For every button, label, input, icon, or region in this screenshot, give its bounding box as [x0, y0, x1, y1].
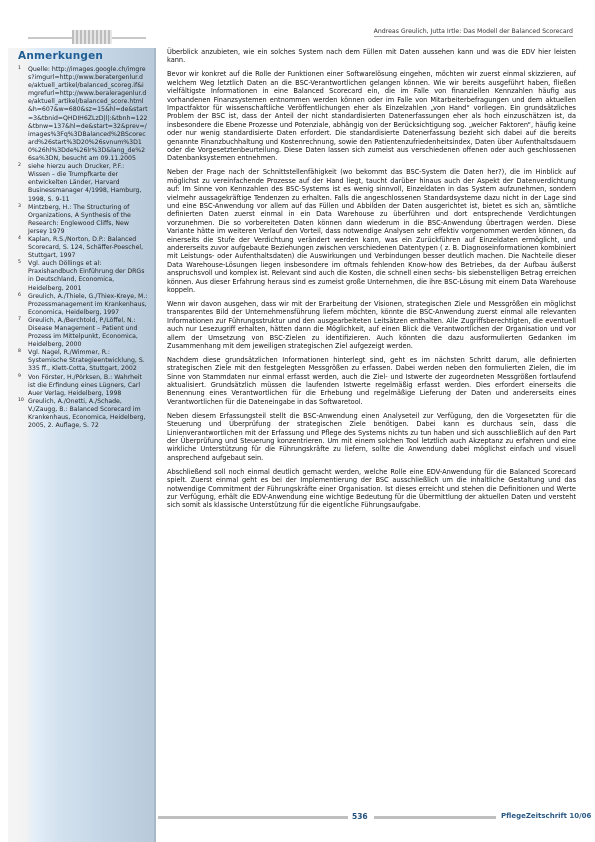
footnote-text: Vgl. Nagel, R./Wimmer, R.: Systemische S…: [28, 349, 145, 372]
sidebar-edge: [154, 48, 156, 842]
paragraph: Wenn wir davon ausgehen, dass wir mit de…: [167, 300, 576, 350]
footnote-number: 10: [18, 397, 24, 405]
body-text: Überblick anzubieten, wie ein solches Sy…: [167, 48, 576, 515]
footnote: 10Greulich, A./Onetti, A./Schade, V./Zau…: [18, 398, 148, 430]
paragraph: Bevor wir konkret auf die Rolle der Funk…: [167, 70, 576, 162]
footnote-number: 3: [18, 203, 21, 211]
paragraph: Nachdem diese grundsätzlichen Informatio…: [167, 356, 576, 406]
page-footer: 536 PflegeZeitschrift 10/06: [156, 812, 595, 822]
footnote-text: Von Förster, H./Pörksen, B.: Wahrheit is…: [28, 374, 142, 397]
footnote-text: siehe hierzu auch Drucker, P.F.: Wissen …: [28, 163, 141, 202]
footnote-number: 6: [18, 292, 21, 300]
journal-logo: [28, 28, 146, 46]
footnotes-list: 1Quelle: http://images.google.ch/imgres?…: [18, 66, 148, 430]
paragraph: Überblick anzubieten, wie ein solches Sy…: [167, 48, 576, 65]
footnote: 9Von Förster, H./Pörksen, B.: Wahrheit i…: [18, 374, 148, 398]
footnote: 6Greulich, A./Thiele, G./Thiex-Kreye, M.…: [18, 293, 148, 317]
footnote-number: 4: [18, 235, 21, 243]
footnote-number: 8: [18, 348, 21, 356]
footnote-number: 1: [18, 65, 21, 73]
footnote-text: Quelle: http://images.google.ch/imgres?i…: [28, 66, 148, 162]
footer-rule: [158, 816, 348, 819]
footer-rule: [374, 816, 496, 819]
footnote-text: Mintzberg, H.: The Structuring of Organi…: [28, 204, 131, 235]
footnote-text: Greulich, A./Onetti, A./Schade, V./Zaugg…: [28, 398, 146, 429]
footnote: 8Vgl. Nagel, R./Wimmer, R.: Systemische …: [18, 349, 148, 373]
paragraph: Neben der Frage nach der Schnittstellenf…: [167, 168, 576, 294]
footnote: 2siehe hierzu auch Drucker, P.F.: Wissen…: [18, 163, 148, 203]
footnote-text: Greulich, A./Berchtold, P./Löffel, N.: D…: [28, 317, 138, 348]
footnote: 5Vgl. auch Döllings et al: Praxishandbuc…: [18, 260, 148, 292]
footnote-number: 7: [18, 316, 21, 324]
paragraph: Abschließend soll noch einmal deutlich g…: [167, 468, 576, 510]
footnote-number: 2: [18, 162, 21, 170]
running-head: Andreas Greulich, Jutta Irtle: Das Model…: [374, 28, 573, 37]
footnote: 1Quelle: http://images.google.ch/imgres?…: [18, 66, 148, 163]
paragraph: Neben diesem Erfassungsteil stellt die B…: [167, 412, 576, 462]
journal-issue: PflegeZeitschrift 10/06: [501, 812, 591, 820]
footnote-text: Kaplan, R.S./Norton, D.P.: Balanced Scor…: [28, 236, 143, 259]
sidebar-title: Anmerkungen: [18, 50, 103, 62]
footnote: 7Greulich, A./Berchtold, P./Löffel, N.: …: [18, 317, 148, 349]
footnote: 4Kaplan, R.S./Norton, D.P.: Balanced Sco…: [18, 236, 148, 260]
footnote: 3Mintzberg, H.: The Structuring of Organ…: [18, 204, 148, 236]
page-number: 536: [352, 812, 368, 821]
logo-mark-icon: [72, 30, 112, 44]
footnote-number: 9: [18, 373, 21, 381]
footnote-number: 5: [18, 259, 21, 267]
footnote-text: Vgl. auch Döllings et al: Praxishandbuch…: [28, 260, 144, 291]
footnote-text: Greulich, A./Thiele, G./Thiex-Kreye, M.:…: [28, 293, 147, 316]
